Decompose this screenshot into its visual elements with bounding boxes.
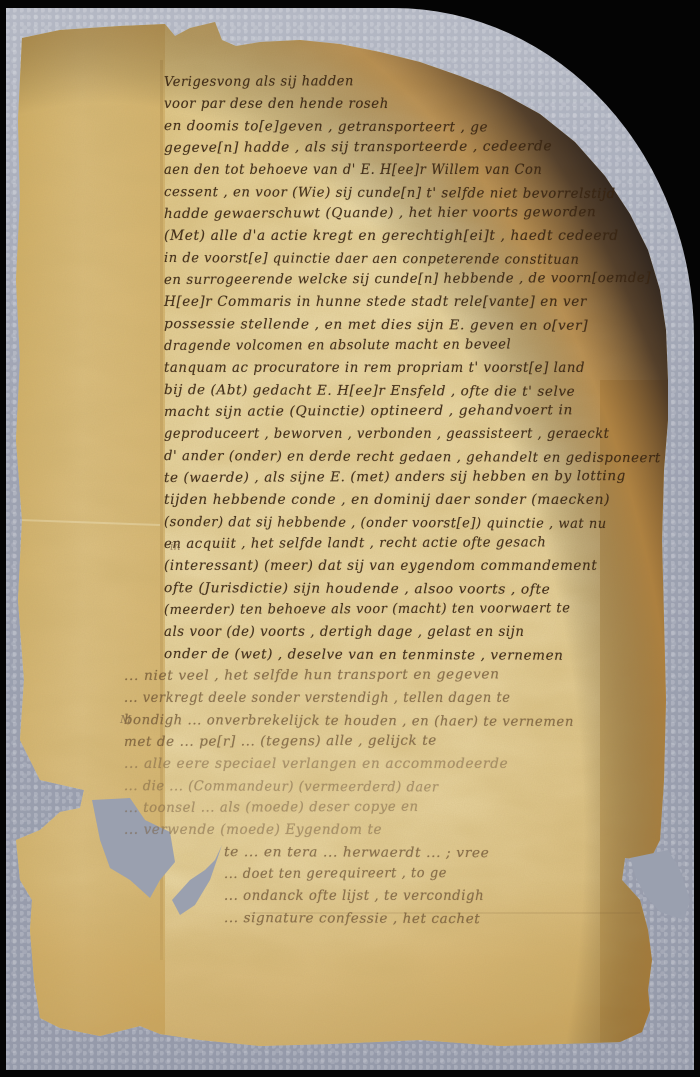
manuscript-line: ... verwende (moede) Eygendom te (124, 822, 382, 838)
manuscript-line: en acquiit , het selfde landt , recht ac… (164, 534, 546, 552)
manuscript-line: (Met) alle d'a actie kregt en gerechtigh… (164, 228, 619, 244)
manuscript-line: ... die ... (Commandeur) (vermeerderd) d… (124, 778, 439, 795)
manuscript-line: aen den tot behoeve van d' E. H[ee]r Wil… (164, 162, 542, 178)
manuscript-line: tijden hebbende conde , en dominij daer … (164, 492, 610, 508)
manuscript-line: gegeve[n] hadde , als sij transporteerde… (164, 138, 552, 156)
manuscript-line: te ... en tera ... herwaerdt ... ; vree (224, 844, 490, 861)
manuscript-line: (sonder) dat sij hebbende , (onder voors… (164, 514, 607, 532)
manuscript-line: onder de (wet) , deselve van en tenminst… (164, 646, 564, 664)
manuscript-line: ... alle eere speciael verlangen en acco… (124, 756, 508, 772)
manuscript-line: en surrogeerende welcke sij cunde[n] heb… (164, 270, 651, 288)
margin-mark: M (120, 713, 131, 726)
manuscript-line: geproduceert , beworven , verbonden , ge… (164, 426, 609, 442)
manuscript-line: ... signature confessie , het cachet (224, 910, 480, 927)
manuscript-line: Verigesvong als sij hadden (164, 73, 354, 90)
manuscript-line: ... ondanck ofte lijst , te vercondigh (224, 888, 484, 904)
manuscript-line: ... verkregt deele sonder verstendigh , … (124, 690, 510, 706)
manuscript-line: te (waerde) , als sijne E. (met) anders … (164, 468, 626, 486)
manuscript-scan: Verigesvong als sij haddenvoor par dese … (0, 0, 700, 1077)
manuscript-line: (meerder) ten behoeve als voor (macht) t… (164, 600, 571, 618)
manuscript-line: en doomis to[e]geven , getransporteert ,… (164, 118, 488, 135)
manuscript-line: bondigh ... onverbrekelijck te houden , … (124, 712, 574, 730)
manuscript-line: dragende volcomen en absolute macht en b… (164, 336, 511, 354)
manuscript-line: ... niet veel , het selfde hun transport… (124, 666, 500, 684)
manuscript-line: d' ander (onder) en derde recht gedaen ,… (164, 448, 661, 466)
manuscript-line: bij de (Abt) gedacht E. H[ee]r Ensfeld ,… (164, 382, 575, 400)
margin-mark: in (170, 540, 181, 553)
manuscript-line: in de voorst[e] quinctie daer aen conpet… (164, 250, 579, 268)
manuscript-line: ... doet ten gerequireert , to ge (224, 865, 447, 882)
manuscript-line: (interessant) (meer) dat sij van eygendo… (164, 558, 597, 574)
manuscript-line: possessie stellende , en met dies sijn E… (164, 316, 588, 334)
manuscript-line: ... toonsel ... als (moede) deser copye … (124, 799, 419, 816)
manuscript-line: H[ee]r Commaris in hunne stede stadt rel… (164, 294, 587, 310)
manuscript-line: macht sijn actie (Quinctie) optineerd , … (164, 402, 573, 420)
manuscript-line: met de ... pe[r] ... (tegens) alle , gel… (124, 733, 437, 750)
manuscript-line: voor par dese den hende roseh (164, 96, 389, 112)
manuscript-line: als voor (de) voorts , dertigh dage , ge… (164, 624, 524, 640)
manuscript-line: ofte (Jurisdictie) sijn houdende , alsoo… (164, 580, 550, 598)
manuscript-line: cessent , en voor (Wie) sij cunde[n] t' … (164, 184, 616, 202)
manuscript-line: hadde gewaerschuwt (Quande) , het hier v… (164, 204, 596, 222)
manuscript-line: tanquam ac procuratore in rem propriam t… (164, 360, 585, 376)
